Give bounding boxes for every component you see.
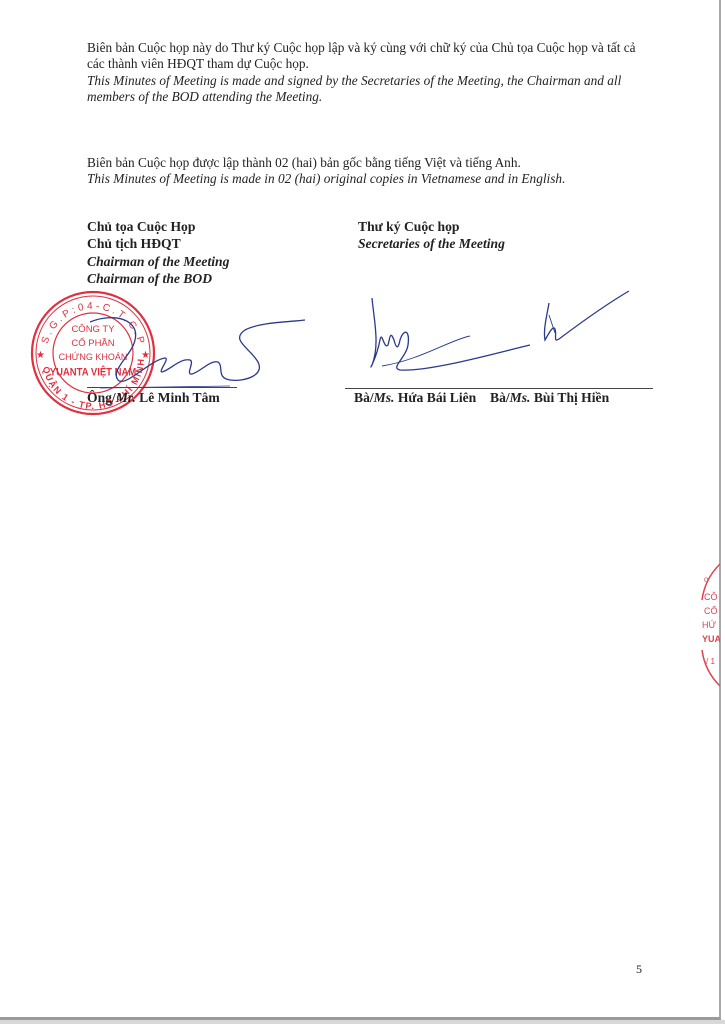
svg-text:/ 1: / 1 <box>706 657 715 666</box>
svg-text:HỨ: HỨ <box>702 620 716 630</box>
secretaries-title-block: Thư ký Cuộc họp Secretaries of the Meeti… <box>358 219 505 252</box>
chairman-title-en-2: Chairman of the BOD <box>87 271 229 288</box>
secretaries-signature-line <box>345 388 653 389</box>
chairman-title-vi-2: Chủ tịch HĐQT <box>87 236 229 253</box>
svg-text:CỔ: CỔ <box>704 605 718 616</box>
svg-text:CÔ: CÔ <box>704 592 718 602</box>
secretary-2-name: Bà/Ms. Bùi Thị Hiền <box>490 390 609 406</box>
chairman-name: Ông/Mr. Lê Minh Tâm <box>87 390 220 406</box>
chairman-signature-line <box>87 387 237 388</box>
signing-clause-en: This Minutes of Meeting is made and sign… <box>87 73 647 106</box>
scan-edge <box>0 1020 725 1024</box>
secretary-1-name: Bà/Ms. Hứa Bái Liên <box>354 390 476 406</box>
secretary-1-signature-icon <box>360 290 550 380</box>
svg-text:o: o <box>704 575 709 584</box>
secretary-2-signature-icon <box>535 285 635 355</box>
edge-seal-fragment-icon: o CÔ CỔ HỨ YUA / 1 <box>700 560 720 690</box>
copies-clause: Biên bản Cuộc họp được lập thành 02 (hai… <box>87 155 647 188</box>
page-number: 5 <box>636 962 642 977</box>
chairman-title-vi-1: Chủ tọa Cuộc Họp <box>87 219 229 236</box>
copies-clause-vi: Biên bản Cuộc họp được lập thành 02 (hai… <box>87 155 647 171</box>
secretaries-title-en: Secretaries of the Meeting <box>358 236 505 253</box>
signing-clause-vi: Biên bản Cuộc họp này do Thư ký Cuộc họp… <box>87 40 647 73</box>
chairman-signature-icon <box>40 300 320 395</box>
svg-text:YUA: YUA <box>702 634 720 644</box>
secretaries-title-vi: Thư ký Cuộc họp <box>358 219 505 236</box>
chairman-title-block: Chủ tọa Cuộc Họp Chủ tịch HĐQT Chairman … <box>87 219 229 287</box>
copies-clause-en: This Minutes of Meeting is made in 02 (h… <box>87 171 647 187</box>
chairman-title-en-1: Chairman of the Meeting <box>87 254 229 271</box>
signing-clause: Biên bản Cuộc họp này do Thư ký Cuộc họp… <box>87 40 647 105</box>
document-page: Biên bản Cuộc họp này do Thư ký Cuộc họp… <box>0 0 721 1020</box>
